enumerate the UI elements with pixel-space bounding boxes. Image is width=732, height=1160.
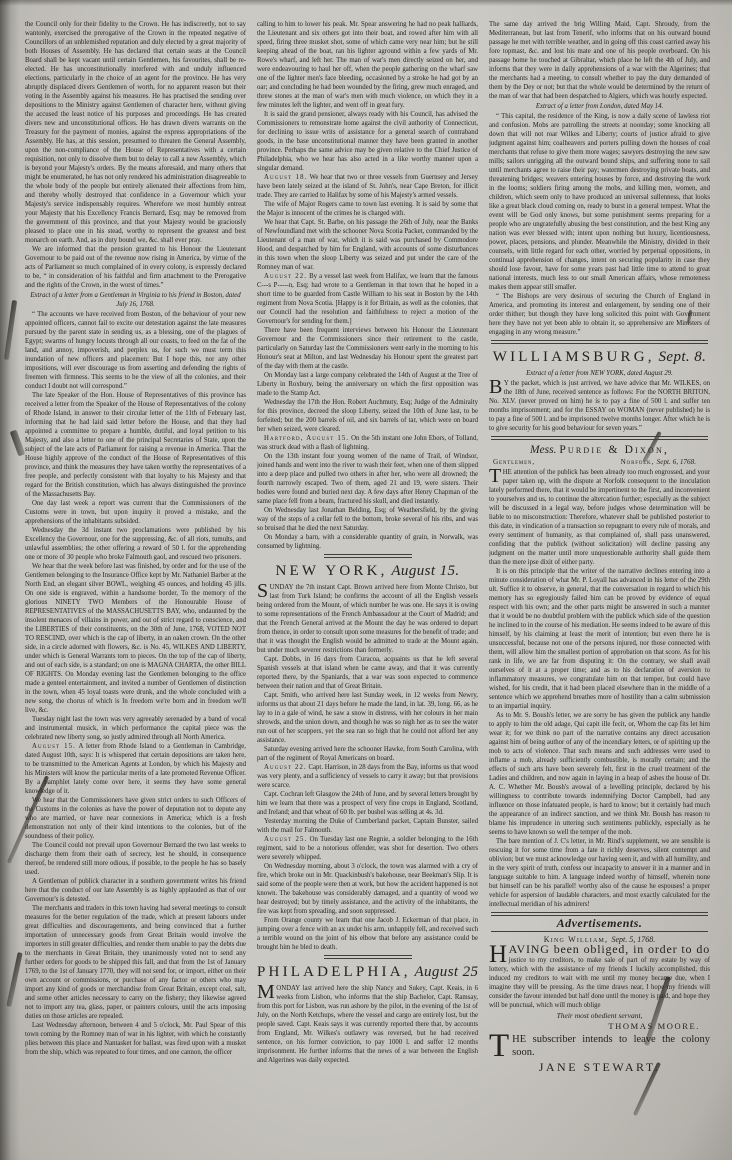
- section-heading: WILLIAMSBURG, Sept. 8.: [489, 348, 710, 366]
- column-container: the Council only for their fidelity to t…: [25, 20, 710, 1142]
- advertisements-section-head: Advertisements.: [489, 912, 710, 932]
- paragraph: The merchants and traders in this town h…: [25, 904, 246, 1021]
- paragraph: On Monday a barn, with a considerable qu…: [257, 533, 478, 551]
- paragraph: The wife of Major Rogers came to town la…: [257, 200, 478, 218]
- signature: Their most obedient servant,: [489, 1011, 710, 1020]
- newspaper-page: the Council only for their fidelity to t…: [0, 0, 732, 1160]
- extract-heading: Extract of a letter from a Gentleman in …: [25, 291, 246, 309]
- paragraph: Saturday evening arrived here the schoon…: [257, 745, 478, 763]
- dropcap: H: [489, 945, 509, 965]
- signature: THOMAS MOORE.: [489, 1022, 710, 1031]
- paragraph: August 22. By a vessel last week from Ha…: [257, 272, 478, 326]
- paragraph: Hartford, August 15. On the 5th instant …: [257, 434, 478, 452]
- newspaper-column-1: the Council only for their fidelity to t…: [25, 20, 246, 1142]
- newspaper-column-3: The same day arrived the brig Willing Ma…: [489, 20, 710, 1142]
- signature: JANE STEWART.: [489, 1063, 710, 1072]
- extract-heading: Extract of a letter from NEW YORK, dated…: [489, 369, 710, 378]
- extract-heading: Extract of a letter from London, dated M…: [489, 102, 710, 111]
- divider-rule: [491, 436, 708, 440]
- section-heading: NEW YORK, August 15.: [257, 562, 478, 580]
- dropcap: S: [257, 583, 270, 599]
- dateline-lead: August 22.: [264, 273, 307, 280]
- paragraph: A Gentleman of publick character in a so…: [25, 877, 246, 904]
- paragraph: We hear that Capt. St. Barbe, on his pas…: [257, 218, 478, 272]
- paragraph: August 18. We hear that two or three ves…: [257, 173, 478, 200]
- paragraph: the Council only for their fidelity to t…: [25, 20, 246, 245]
- divider-rule: [491, 340, 708, 344]
- paragraph: “ This capital, the residence of the Kin…: [489, 112, 710, 292]
- paragraph: One day last week a report was current t…: [25, 499, 246, 526]
- paragraph: Capt. Dobbs, in 16 days from Curacoa, ac…: [257, 655, 478, 691]
- newspaper-column-2: calling to him to lower his peak. Mr. Sp…: [257, 20, 478, 1142]
- place-date: Norfolk, Sept. 6, 1768.: [621, 458, 696, 467]
- salutation-line: Gentlemen,Norfolk, Sept. 6, 1768.: [489, 458, 710, 467]
- paragraph: Capt. Cochran left Glasgow the 24th of J…: [257, 790, 478, 817]
- paragraph: MONDAY last arrived here the ship Nancy …: [257, 984, 478, 1065]
- paragraph: Wednesday the 3d instant two proclamatio…: [25, 526, 246, 562]
- divider-rule: [324, 554, 412, 558]
- advertisements-heading: Advertisements.: [489, 919, 710, 928]
- city-date: Sept. 8.: [658, 349, 706, 365]
- dateline-lead: August 22.: [264, 764, 307, 771]
- paragraph: It is said the grand pensioner, always r…: [257, 110, 478, 173]
- paragraph: We are informed that the pension granted…: [25, 245, 246, 290]
- city-date: August 25.: [414, 964, 478, 980]
- paragraph: It is on this principle that the writer …: [489, 567, 710, 711]
- paragraph: Last Wednesday afternoon, between 4 and …: [25, 1021, 246, 1057]
- salutation: Gentlemen,: [493, 458, 535, 467]
- paragraph: August 15. A letter from Rhode Island to…: [25, 742, 246, 796]
- paragraph: THE attention of the publick has been al…: [489, 468, 710, 567]
- paragraph: SUNDAY the 7th instant Capt. Brown arriv…: [257, 583, 478, 655]
- dateline-lead: August 15.: [32, 743, 76, 750]
- paragraph: As to Mr. S. Boush's letter, we are sorr…: [489, 711, 710, 837]
- divider-rule: [491, 931, 708, 932]
- paragraph: On Monday last a large company celebrate…: [257, 371, 478, 398]
- paragraph: Yesterday morning the Duke of Cumberland…: [257, 817, 478, 835]
- city-name: NEW YORK,: [275, 563, 387, 579]
- paragraph: August 25. On Tuesday last one Regnie, a…: [257, 835, 478, 862]
- paragraph: THE subscriber intends to leave the colo…: [489, 1033, 710, 1059]
- paragraph: On the 13th instant four young women of …: [257, 452, 478, 506]
- paragraph: August 22. Capt. Harrison, in 28 days fr…: [257, 763, 478, 790]
- address-heading: Mess. Purdie & Dixon,: [489, 443, 710, 457]
- paragraph: BY the packet, which is just arrived, we…: [489, 379, 710, 433]
- scan-edge-shadow: [0, 0, 732, 6]
- paragraph: Capt. Smith, who arrived here last Sunda…: [257, 691, 478, 745]
- dropcap: M: [257, 984, 276, 1000]
- date: Sept. 6, 1768.: [657, 458, 696, 466]
- city-name: WILLIAMSBURG,: [493, 349, 655, 365]
- paragraph: The bare mention of J. C's letter, in Mr…: [489, 837, 710, 909]
- dateline-lead: August 25.: [264, 836, 307, 843]
- paragraph: The same day arrived the brig Willing Ma…: [489, 20, 710, 101]
- paragraph: On Wednesday last Jonathan Belding, Esq;…: [257, 506, 478, 533]
- dateline-lead: August 18.: [264, 174, 307, 181]
- dropcap: B: [489, 379, 504, 395]
- dropcap: T: [489, 468, 503, 484]
- paragraph: HAVING been obliged, in order to do just…: [489, 945, 710, 1010]
- paragraph: Tuesday night last the town was very agr…: [25, 715, 246, 742]
- paragraph: We hear that the Commissioners have give…: [25, 796, 246, 841]
- paragraph: “ The Bishops are very desirous of secur…: [489, 292, 710, 337]
- paragraph: The late Speaker of the Hon. House of Re…: [25, 391, 246, 499]
- address-name: Purdie & Dixon,: [559, 444, 669, 456]
- paragraph: There have been frequent interviews betw…: [257, 326, 478, 371]
- paragraph: Wednesday the 17th the Hon. Robert Auchm…: [257, 398, 478, 434]
- paragraph: We hear that the week before last was fi…: [25, 562, 246, 715]
- city-name: PHILADELPHIA,: [257, 964, 411, 980]
- paragraph: The Council could not prevail upon Gover…: [25, 841, 246, 877]
- paragraph: On Wednesday morning, about 3 o'clock, t…: [257, 862, 478, 916]
- section-heading: PHILADELPHIA, August 25.: [257, 963, 478, 981]
- dropcap: T: [489, 1033, 512, 1059]
- paragraph: “ The accounts we have received from Bos…: [25, 310, 246, 391]
- ad-lead: AVING been obliged, in order to do: [509, 942, 710, 956]
- place: Norfolk,: [621, 458, 657, 466]
- address-prefix: Mess.: [530, 444, 559, 456]
- dateline-lead: Hartford, August 15.: [264, 435, 349, 442]
- paragraph: From Orange county we learn that one Jac…: [257, 916, 478, 952]
- city-date: August 15.: [391, 563, 459, 579]
- divider-rule: [324, 955, 412, 959]
- paragraph: calling to him to lower his peak. Mr. Sp…: [257, 20, 478, 110]
